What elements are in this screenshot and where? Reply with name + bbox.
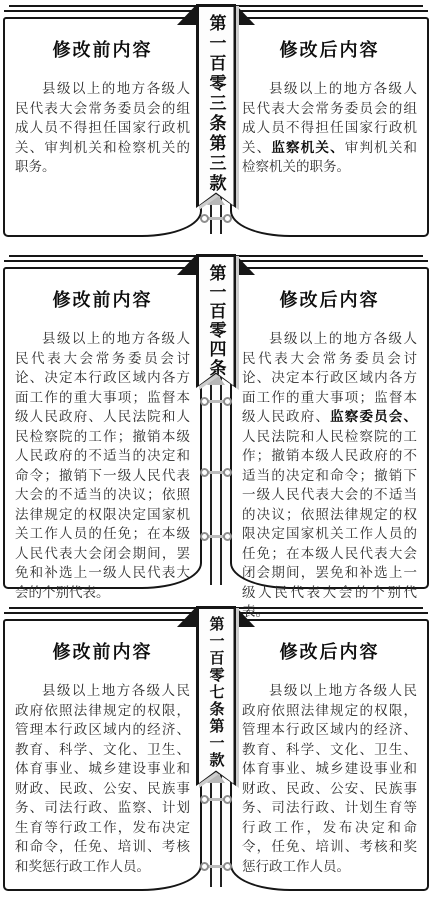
page-edge-line xyxy=(223,255,423,257)
ribbon-face: 第一百零七条第一款 xyxy=(199,609,234,784)
article-ribbon: 第一百零三条第三款 xyxy=(196,4,236,208)
page-edge-line xyxy=(4,260,209,262)
after-body: 县级以上的地方各级人民代表大会常务委员会的组成人员不得担任国家行政机关、监察机关… xyxy=(242,79,417,177)
ribbon-face: 第一百零四条 xyxy=(199,257,234,386)
after-title: 修改后内容 xyxy=(242,41,417,59)
ribbon-border: 第一百零四条 xyxy=(196,254,236,388)
article-number-label: 第一百零七条第一款 xyxy=(206,609,227,769)
ribbon-border: 第一百零七条第一款 xyxy=(196,606,236,786)
ribbon-face: 第一百零三条第三款 xyxy=(199,7,234,206)
page-edge-line xyxy=(9,5,209,7)
binder-ring-icon xyxy=(200,795,232,804)
page-edge-line xyxy=(4,10,209,12)
corner-fold-icon xyxy=(235,254,255,275)
amendment-spread-article-104: 修改前内容 县级以上的地方各级人民代表大会常务委员会讨论、决定本行政区域内各方面… xyxy=(0,254,432,592)
article-number-label: 第一百零三条第三款 xyxy=(204,7,229,194)
after-panel: 修改后内容 县级以上的地方各级人民代表大会常务委员会的组成人员不得担任国家行政机… xyxy=(230,17,429,237)
after-body: 县级以上地方各级人民政府依照法律规定的权限，管理本行政区域内的经济、教育、科学、… xyxy=(242,681,417,876)
binder-ring-icon xyxy=(200,214,232,223)
article-number-label: 第一百零四条 xyxy=(204,257,229,378)
before-panel: 修改前内容 县级以上地方各级人民政府依照法律规定的权限，管理本行政区域内的经济、… xyxy=(3,619,202,891)
before-panel: 修改前内容 县级以上的地方各级人民代表大会常务委员会讨论、决定本行政区域内各方面… xyxy=(3,267,202,589)
binder-ring-icon xyxy=(200,468,232,477)
amendment-spread-article-103: 修改前内容 县级以上的地方各级人民代表大会常务委员会的组成人员不得担任国家行政机… xyxy=(0,4,432,240)
article-ribbon: 第一百零四条 xyxy=(196,254,236,388)
before-title: 修改前内容 xyxy=(15,41,190,59)
page-edge-line xyxy=(9,607,209,609)
before-body: 县级以上的地方各级人民代表大会常务委员会讨论、决定本行政区域内各方面工作的重大事… xyxy=(15,329,190,602)
page-edge-line xyxy=(223,10,428,12)
binder-ring-icon xyxy=(200,862,232,871)
ribbon-border: 第一百零三条第三款 xyxy=(196,4,236,208)
corner-fold-icon xyxy=(177,254,197,275)
after-title: 修改后内容 xyxy=(242,291,417,309)
before-body: 县级以上地方各级人民政府依照法律规定的权限，管理本行政区域内的经济、教育、科学、… xyxy=(15,681,190,876)
page-edge-line xyxy=(223,260,428,262)
book-spine xyxy=(210,376,222,585)
page-edge-line xyxy=(223,5,423,7)
corner-fold-icon xyxy=(235,4,255,25)
after-body: 县级以上的地方各级人民代表大会常务委员会讨论、决定本行政区域内各方面工作的重大事… xyxy=(242,329,417,622)
binder-ring-icon xyxy=(200,397,232,406)
before-title: 修改前内容 xyxy=(15,291,190,309)
after-title: 修改后内容 xyxy=(242,643,417,661)
article-ribbon: 第一百零七条第一款 xyxy=(196,606,236,786)
amendment-spread-article-107: 修改前内容 县级以上地方各级人民政府依照法律规定的权限，管理本行政区域内的经济、… xyxy=(0,606,432,894)
before-title: 修改前内容 xyxy=(15,643,190,661)
corner-fold-icon xyxy=(177,4,197,25)
page-edge-line xyxy=(9,255,209,257)
after-panel: 修改后内容 县级以上地方各级人民政府依照法律规定的权限，管理本行政区域内的经济、… xyxy=(230,619,429,891)
before-body: 县级以上的地方各级人民代表大会常务委员会的组成人员不得担任国家行政机关、审判机关… xyxy=(15,79,190,177)
after-panel: 修改后内容 县级以上的地方各级人民代表大会常务委员会讨论、决定本行政区域内各方面… xyxy=(230,267,429,589)
before-panel: 修改前内容 县级以上的地方各级人民代表大会常务委员会的组成人员不得担任国家行政机… xyxy=(3,17,202,237)
binder-ring-icon xyxy=(200,532,232,541)
page-edge-line xyxy=(4,612,209,614)
